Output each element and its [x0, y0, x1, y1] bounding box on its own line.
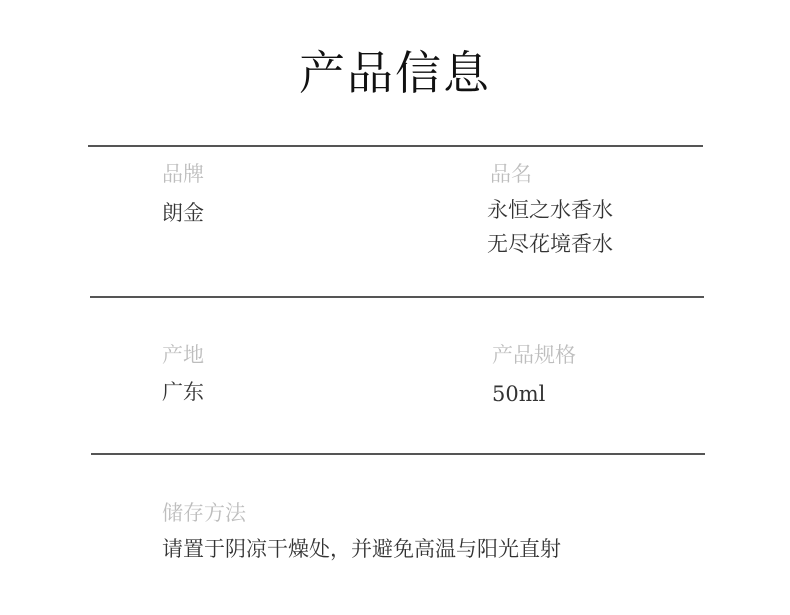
origin-label: 产地 [162, 341, 204, 369]
product-name-label: 品名 [490, 160, 532, 188]
divider-top [88, 145, 703, 147]
storage-label: 储存方法 [162, 499, 246, 527]
divider-middle [90, 296, 704, 298]
page-title: 产品信息 [0, 42, 790, 104]
origin-value: 广东 [162, 375, 204, 409]
brand-value: 朗金 [162, 196, 204, 230]
divider-bottom [91, 453, 705, 455]
spec-label: 产品规格 [492, 341, 576, 369]
brand-label: 品牌 [162, 160, 204, 188]
product-name-value-1: 永恒之水香水 [487, 193, 613, 227]
product-name-value-2: 无尽花境香水 [487, 227, 613, 261]
storage-value: 请置于阴凉干燥处，并避免高温与阳光直射 [162, 532, 561, 566]
spec-value: 50ml [492, 377, 545, 411]
